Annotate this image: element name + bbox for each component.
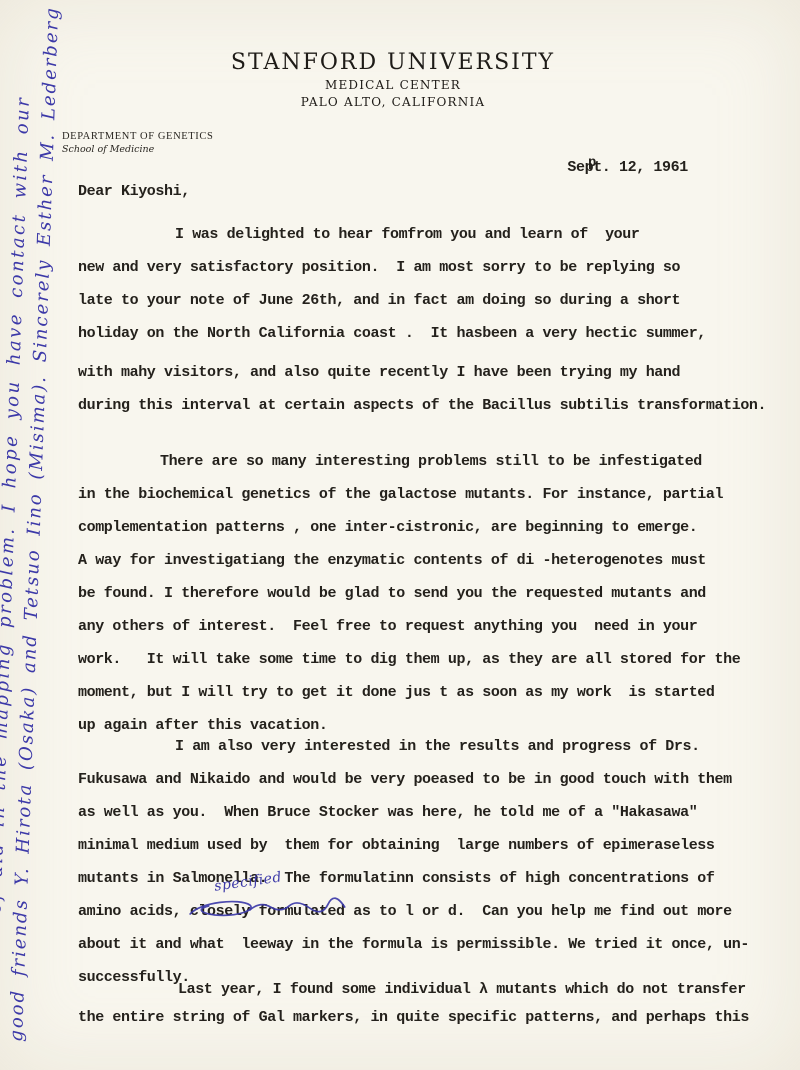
salutation: Dear Kiyoshi, — [78, 183, 190, 200]
struck-text: closely formulated — [190, 895, 345, 928]
department-block: DEPARTMENT OF GENETICS School of Medicin… — [62, 131, 213, 155]
typewritten-line: moment, but I will try to get it done ju… — [78, 676, 788, 709]
typewritten-line: I was delighted to hear fomfrom you and … — [78, 218, 788, 251]
typewritten-line: the entire string of Gal markers, in qui… — [78, 1004, 788, 1032]
typewritten-line: during this interval at certain aspects … — [78, 389, 788, 422]
letterhead-university: STANFORD UNIVERSITY — [0, 50, 786, 75]
paragraph-4: Last year, I found some individual λ mut… — [78, 976, 788, 1032]
typewritten-line: mutants in Salmonella. The formulatinn c… — [78, 862, 788, 895]
date-text: Sept. 12, 1961 — [567, 159, 687, 176]
struck-words: closely formulated — [190, 903, 345, 920]
typewritten-line: Last year, I found some individual λ mut… — [78, 976, 788, 1004]
department-name: DEPARTMENT OF GENETICS — [62, 131, 213, 142]
line-prefix: amino acids, — [78, 903, 190, 920]
line-suffix: as to l or d. Can you help me find out m… — [345, 903, 732, 920]
typewritten-line: There are so many interesting problems s… — [78, 445, 788, 478]
typewritten-line: holiday on the North California coast . … — [78, 317, 788, 350]
typewritten-line: Fukusawa and Nikaido and would be very p… — [78, 763, 788, 796]
typewritten-line: in the biochemical genetics of the galac… — [78, 478, 788, 511]
typewritten-line: any others of interest. Feel free to req… — [78, 610, 788, 643]
paragraph-2: There are so many interesting problems s… — [78, 445, 788, 742]
letter-date: Sept. 12, 1961 p — [533, 142, 688, 210]
letter-page: will be of aid in the mapping problem. I… — [0, 0, 800, 1070]
typewritten-line: with mahy visitors, and also quite recen… — [78, 356, 788, 389]
letterhead: STANFORD UNIVERSITY MEDICAL CENTER PALO … — [0, 50, 786, 109]
typewritten-line: late to your note of June 26th, and in f… — [78, 284, 788, 317]
paragraph-3: I am also very interested in the results… — [78, 730, 788, 994]
letterhead-medical-center: MEDICAL CENTER — [0, 78, 786, 92]
typewritten-line: as well as you. When Bruce Stocker was h… — [78, 796, 788, 829]
typewritten-line: minimal medium used by them for obtainin… — [78, 829, 788, 862]
typewritten-line: I am also very interested in the results… — [78, 730, 788, 763]
typewritten-line: work. It will take some time to dig them… — [78, 643, 788, 676]
typewritten-line-corrected: amino acids, closely formulated as to l … — [78, 895, 788, 928]
school-of-medicine-label: School of Medicine — [62, 144, 213, 155]
typewritten-line: be found. I therefore would be glad to s… — [78, 577, 788, 610]
typewritten-line: about it and what leeway in the formula … — [78, 928, 788, 961]
date-overstrike-char: p — [588, 155, 596, 171]
paragraph-1: I was delighted to hear fomfrom you and … — [78, 218, 788, 422]
typewritten-line: A way for investigatiang the enzymatic c… — [78, 544, 788, 577]
letterhead-city: PALO ALTO, CALIFORNIA — [0, 95, 786, 109]
typewritten-line: complementation patterns , one inter-cis… — [78, 511, 788, 544]
typewritten-line: new and very satisfactory position. I am… — [78, 251, 788, 284]
